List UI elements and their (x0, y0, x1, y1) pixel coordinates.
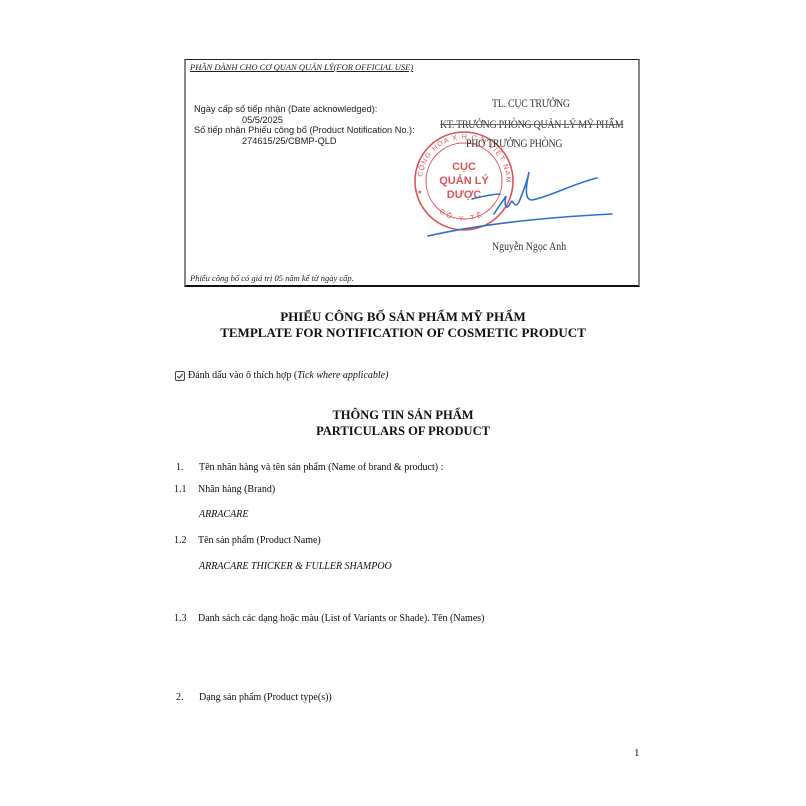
svg-text:BỘ Y TẾ: BỘ Y TẾ (438, 208, 486, 223)
svg-text:CỤC: CỤC (452, 161, 476, 173)
product-name-value: ARRACARE THICKER & FULLER SHAMPOO (199, 561, 392, 572)
item-1-3-variants: 1.3Danh sách các dạng hoặc màu (List of … (174, 613, 484, 624)
item-1-2-product-name: 1.2Tên sản phẩm (Product Name) (174, 535, 321, 546)
item-label: Tên sản phẩm (Product Name) (198, 535, 321, 546)
validity-note: Phiếu công bố có giá trị 05 năm kể từ ng… (190, 273, 354, 283)
item-label: Danh sách các dạng hoặc màu (List of Var… (198, 613, 484, 624)
brand-value: ARRACARE (199, 509, 248, 520)
svg-text:QUẢN LÝ: QUẢN LÝ (439, 174, 489, 187)
tick-instruction-text: Đánh dấu vào ô thích hợp ( (188, 370, 297, 381)
item-number: 1.3 (174, 613, 198, 624)
item-label: Tên nhãn hàng và tên sản phẩm (Name of b… (199, 462, 443, 473)
tick-instruction: Đánh dấu vào ô thích hợp (Tick where app… (175, 370, 388, 381)
item-number: 1. (176, 462, 199, 473)
page-number: 1 (634, 747, 640, 759)
official-use-box: PHẦN DÀNH CHO CƠ QUAN QUẢN LÝ(FOR OFFICI… (184, 59, 640, 287)
signer-title-line-2: KT. TRƯỞNG PHÒNG QUẢN LÝ MỸ PHẨM (440, 119, 623, 131)
document-page: PHẦN DÀNH CHO CƠ QUAN QUẢN LÝ(FOR OFFICI… (0, 0, 806, 806)
section-title-vietnamese: THÔNG TIN SẢN PHẨM (0, 408, 806, 423)
item-number: 1.2 (174, 535, 198, 546)
item-label: Dạng sản phẩm (Product type(s)) (199, 692, 332, 703)
svg-text:★: ★ (417, 189, 422, 196)
checkbox-icon[interactable] (175, 371, 185, 381)
document-title-english: TEMPLATE FOR NOTIFICATION OF COSMETIC PR… (0, 325, 806, 341)
signer-title-line-1: TL. CỤC TRƯỞNG (492, 98, 570, 110)
official-use-header: PHẦN DÀNH CHO CƠ QUAN QUẢN LÝ(FOR OFFICI… (190, 62, 413, 72)
signer-name: Nguyễn Ngọc Anh (492, 241, 566, 253)
item-label: Nhãn hàng (Brand) (198, 484, 275, 495)
item-1-1-brand: 1.1Nhãn hàng (Brand) (174, 484, 275, 495)
date-acknowledged-label: Ngày cấp số tiếp nhận (Date acknowledged… (194, 104, 377, 115)
date-acknowledged-value: 05/5/2025 (242, 115, 283, 126)
notification-number-label: Số tiếp nhận Phiếu công bố (Product Noti… (194, 125, 415, 136)
item-number: 2. (176, 692, 199, 703)
section-title-english: PARTICULARS OF PRODUCT (0, 424, 806, 439)
item-number: 1.1 (174, 484, 198, 495)
tick-instruction-italic: Tick where applicable (297, 370, 385, 381)
tick-instruction-close: ) (385, 370, 388, 381)
item-1-brand-and-product: 1.Tên nhãn hàng và tên sản phẩm (Name of… (176, 462, 443, 473)
document-title-vietnamese: PHIẾU CÔNG BỐ SẢN PHẨM MỸ PHẨM (0, 309, 806, 325)
svg-text:DƯỢC: DƯỢC (447, 189, 481, 201)
notification-number-value: 274615/25/CBMP-QLD (242, 136, 336, 147)
signer-title-line-3: PHÓ TRƯỞNG PHÒNG (466, 138, 562, 150)
item-2-product-type: 2.Dạng sản phẩm (Product type(s)) (176, 692, 332, 703)
